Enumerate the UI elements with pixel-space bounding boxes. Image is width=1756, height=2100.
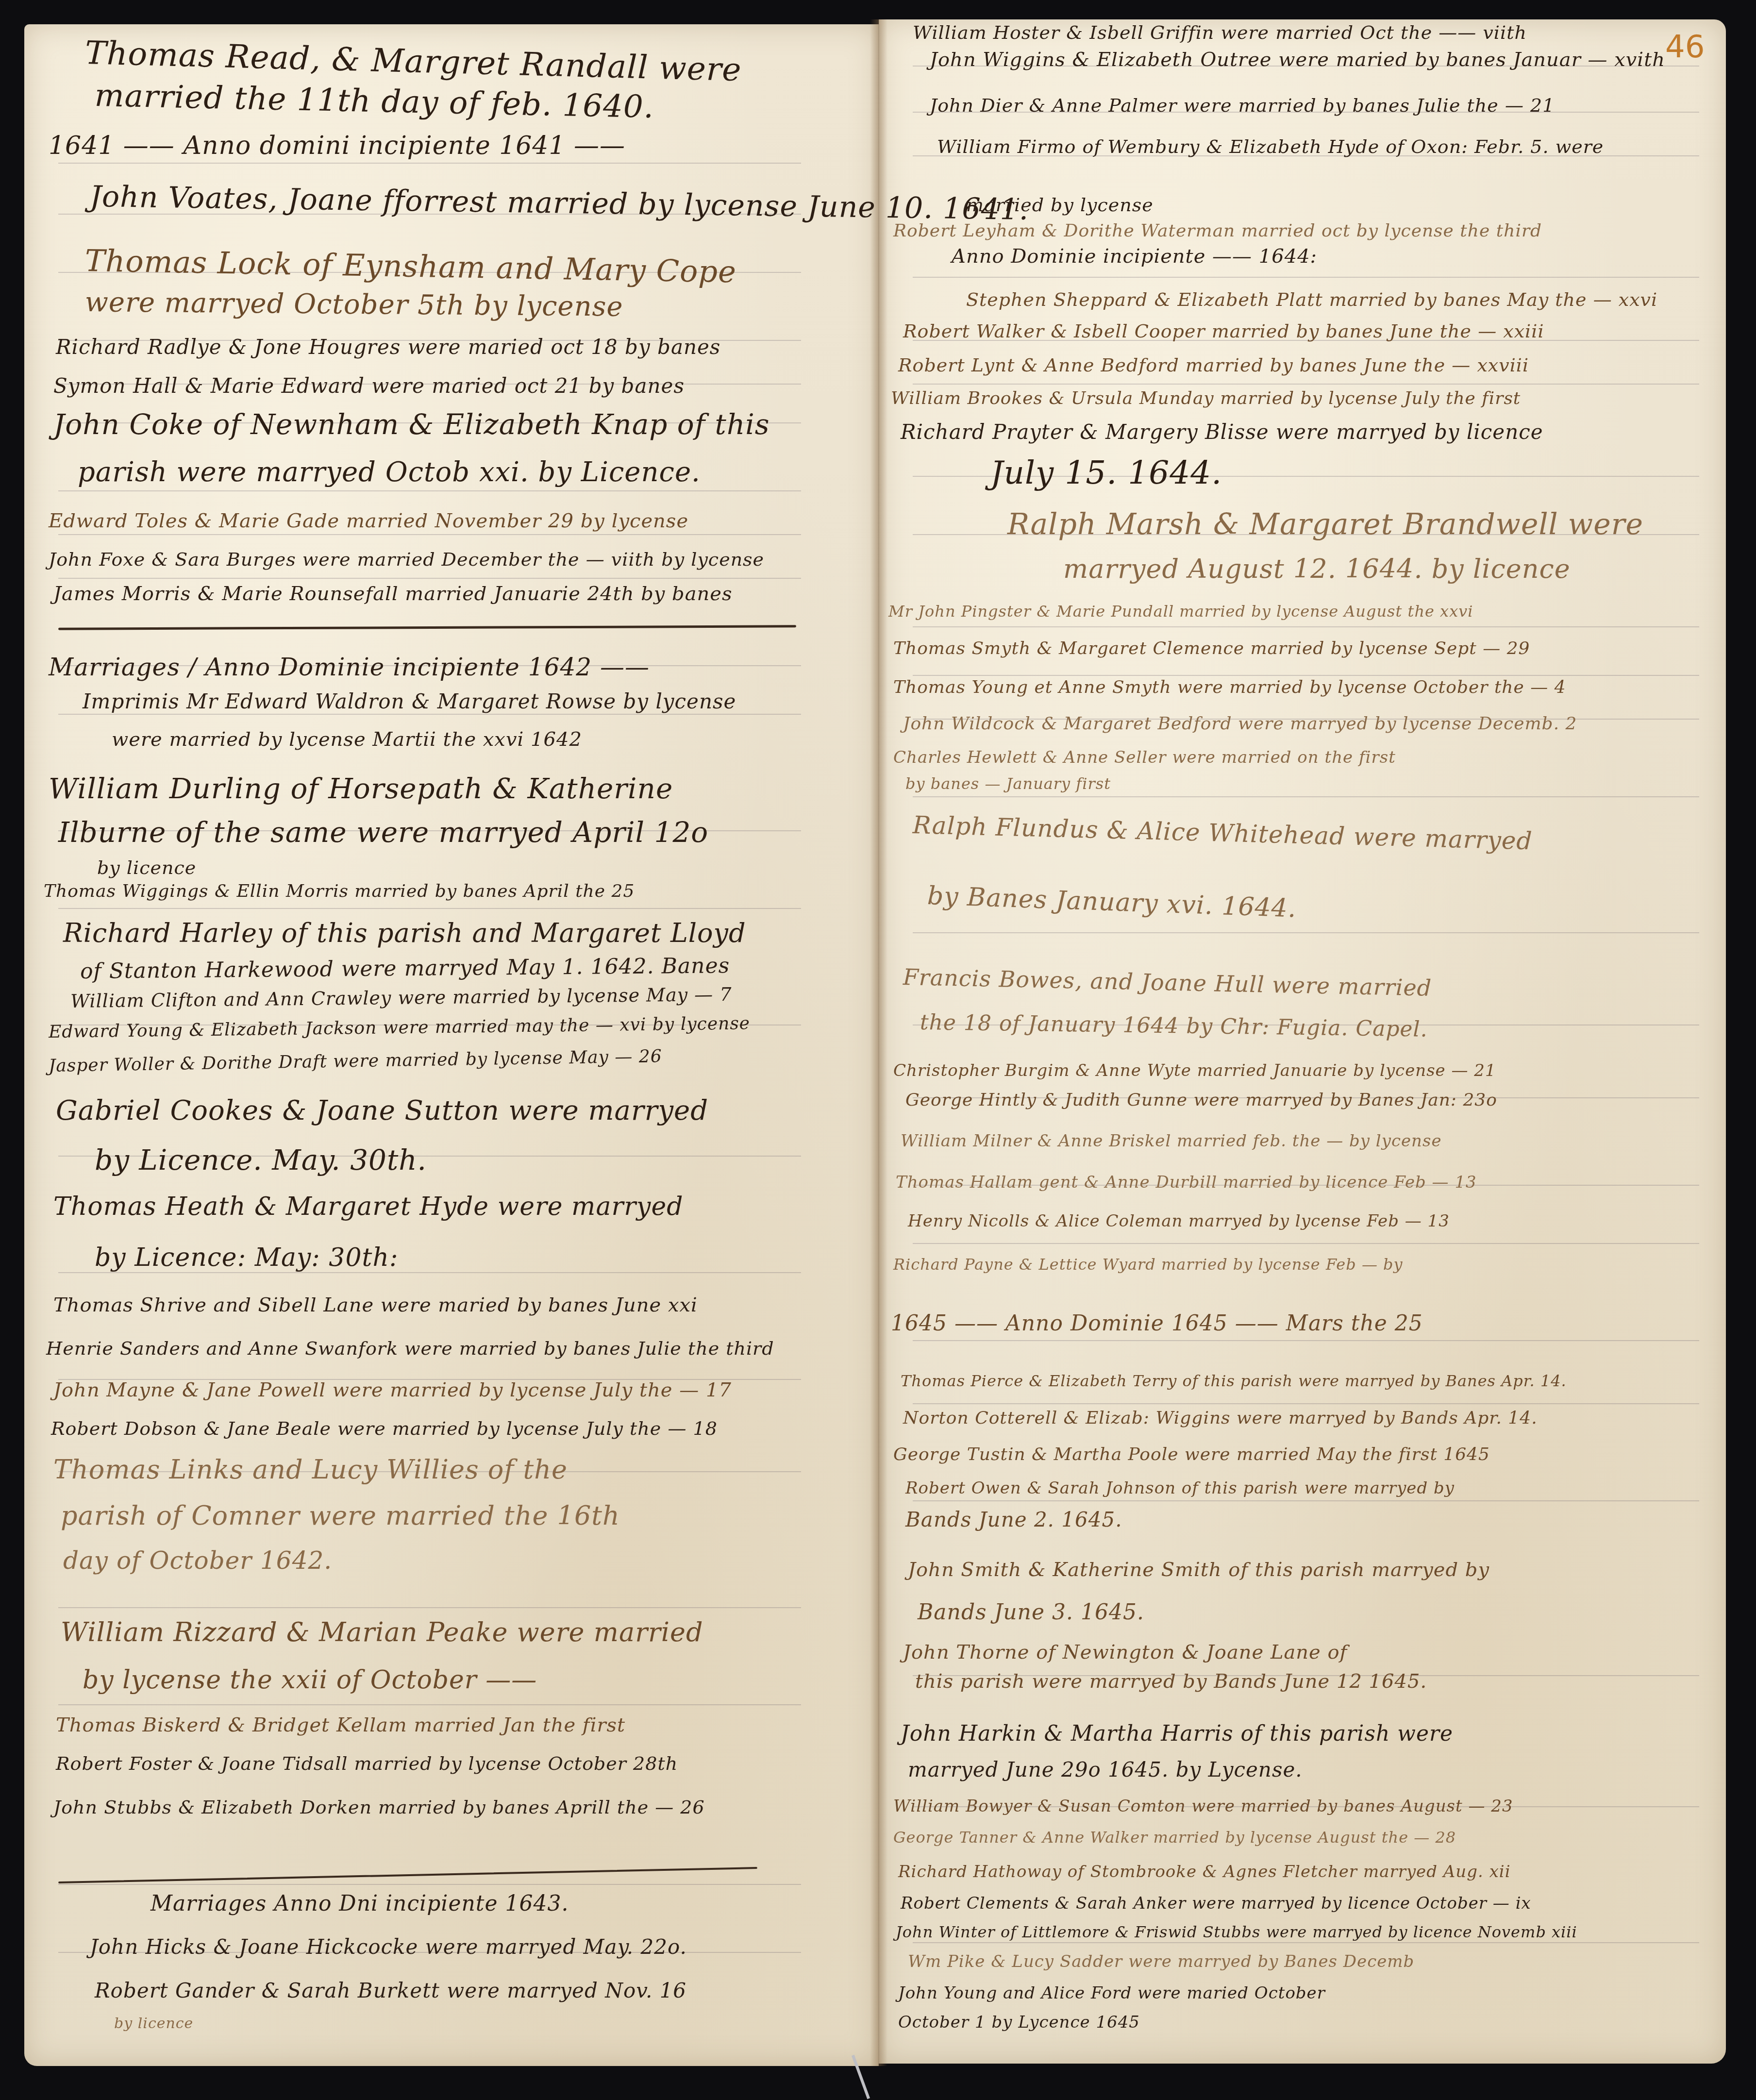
register-line: Thomas Hallam gent & Anne Durbill marrie…	[896, 1173, 1477, 1192]
register-line: day of October 1642.	[63, 1546, 332, 1575]
register-line: Richard Payne & Lettice Wyard married by…	[893, 1255, 1403, 1274]
register-line: Gabriel Cookes & Joane Sutton were marry…	[56, 1095, 708, 1126]
register-line: John Winter of Littlemore & Friswid Stub…	[896, 1923, 1577, 1941]
register-line: William Durling of Horsepath & Katherine	[49, 772, 673, 805]
register-line: Ilburne of the same were marryed April 1…	[58, 816, 708, 849]
register-line: James Morris & Marie Rounsefall married …	[53, 583, 732, 605]
register-line: marryed June 29o 1645. by Lycense.	[908, 1758, 1303, 1781]
register-line: Mr John Pingster & Marie Pundall married…	[888, 602, 1473, 621]
folio-number: 46	[1665, 29, 1705, 65]
register-line: William Brookes & Ursula Munday married …	[891, 388, 1521, 408]
year-heading: Marriages / Anno Dominie incipiente 1642…	[49, 653, 650, 681]
register-line: by lycense the xxii of October ——	[83, 1665, 537, 1695]
register-line: were married by lycense Martii the xxvi …	[112, 728, 582, 751]
register-line: Richard Radlye & Jone Hougres were marie…	[56, 335, 720, 359]
register-line: Thomas Shrive and Sibell Lane were marie…	[53, 1294, 698, 1316]
register-line: Richard Prayter & Margery Blisse were ma…	[901, 420, 1543, 444]
register-line: Robert Owen & Sarah Johnson of this pari…	[905, 1478, 1455, 1498]
register-line: Richard Hathoway of Stombrooke & Agnes F…	[898, 1862, 1511, 1882]
register-line: William Rizzard & Marian Peake were marr…	[61, 1617, 703, 1647]
register-line: Symon Hall & Marie Edward were maried oc…	[53, 374, 685, 398]
register-line: William Firmo of Wembury & Elizabeth Hyd…	[937, 136, 1604, 157]
register-line: parish were marryed Octob xxi. by Licenc…	[78, 456, 701, 488]
register-line: October 1 by Lycence 1645	[898, 2013, 1140, 2032]
register-line: Richard Harley of this parish and Margar…	[63, 918, 746, 948]
register-line: by Licence. May. 30th.	[95, 1143, 427, 1176]
register-line: by licence	[97, 857, 196, 878]
register-line: Thomas Pierce & Elizabeth Terry of this …	[901, 1372, 1567, 1390]
register-line: parish of Comner were married the 16th	[61, 1500, 620, 1531]
register-line: John Harkin & Martha Harris of this pari…	[901, 1721, 1453, 1746]
register-line: John Young and Alice Ford were maried Oc…	[898, 1983, 1325, 2003]
register-line: Robert Gander & Sarah Burkett were marry…	[95, 1979, 686, 2002]
register-line: Christopher Burgim & Anne Wyte married J…	[893, 1061, 1496, 1080]
register-line: George Hintly & Judith Gunne were marrye…	[905, 1090, 1497, 1110]
register-line: John Wiggins & Elizabeth Outree were mar…	[930, 49, 1665, 71]
register-line: Ralph Marsh & Margaret Brandwell were	[1007, 507, 1643, 541]
register-line: George Tanner & Anne Walker married by l…	[893, 1828, 1456, 1847]
register-line: Thomas Wiggings & Ellin Morris married b…	[44, 881, 635, 901]
register-line: John Thorne of Newington & Joane Lane of	[903, 1641, 1347, 1663]
register-line: Imprimis Mr Edward Waldron & Margaret Ro…	[83, 689, 736, 713]
register-line: marryed August 12. 1644. by licence	[1063, 554, 1571, 584]
right-page-rulings	[913, 0, 1699, 2100]
register-line: Robert Clements & Sarah Anker were marry…	[901, 1894, 1531, 1913]
register-line: Thomas Links and Lucy Willies of the	[53, 1454, 568, 1485]
register-line: married by lycense	[966, 194, 1154, 216]
register-line: this parish were marryed by Bands June 1…	[915, 1670, 1427, 1693]
register-line: John Smith & Katherine Smith of this par…	[908, 1559, 1489, 1581]
register-line: Robert Leyham & Dorithe Waterman married…	[893, 221, 1542, 241]
register-line: by licence	[114, 2015, 193, 2032]
year-heading: 1641 —— Anno domini incipiente 1641 ——	[49, 131, 625, 160]
register-line: Stephen Sheppard & Elizabeth Platt marri…	[966, 289, 1657, 310]
year-heading: Anno Dominie incipiente —— 1644:	[952, 245, 1317, 268]
register-line: Thomas Heath & Margaret Hyde were marrye…	[53, 1192, 684, 1221]
register-line: Bands June 2. 1645.	[905, 1508, 1122, 1531]
register-line: Henrie Sanders and Anne Swanfork were ma…	[46, 1338, 774, 1359]
register-line: William Milner & Anne Briskel married fe…	[901, 1131, 1442, 1151]
year-heading: Marriages Anno Dni incipiente 1643.	[151, 1891, 569, 1916]
register-line: John Hicks & Joane Hickcocke were marrye…	[90, 1935, 687, 1959]
register-line: Charles Hewlett & Anne Seller were marri…	[893, 748, 1396, 767]
register-line: Thomas Smyth & Margaret Clemence married…	[893, 638, 1530, 658]
register-line: Robert Walker & Isbell Cooper married by…	[903, 320, 1544, 342]
register-line: by banes — January first	[905, 774, 1111, 793]
book-gutter	[870, 19, 887, 2066]
register-line: Robert Lynt & Anne Bedford married by ba…	[898, 354, 1529, 376]
register-line: William Hoster & Isbell Griffin were mar…	[913, 22, 1527, 43]
register-line: John Coke of Newnham & Elizabeth Knap of…	[53, 408, 770, 441]
register-line: Thomas Young et Anne Smyth were married …	[893, 677, 1566, 697]
register-line: Thomas Biskerd & Bridget Kellam married …	[56, 1714, 625, 1736]
register-line: William Bowyer & Susan Comton were marri…	[893, 1797, 1513, 1816]
register-line: John Foxe & Sara Burges were married Dec…	[49, 549, 764, 570]
register-line: Bands June 3. 1645.	[918, 1600, 1144, 1625]
register-line: by Licence: May: 30th:	[95, 1243, 398, 1272]
register-line: Henry Nicolls & Alice Coleman marryed by…	[908, 1211, 1450, 1231]
register-line: were marryed October 5th by lycense	[85, 286, 623, 323]
register-line: John Dier & Anne Palmer were married by …	[930, 95, 1555, 116]
register-line: George Tustin & Martha Poole were marrie…	[893, 1445, 1490, 1464]
register-line: John Mayne & Jane Powell were married by…	[53, 1379, 732, 1401]
register-line: Edward Toles & Marie Gade married Novemb…	[49, 510, 688, 532]
register-line: Wm Pike & Lucy Sadder were marryed by Ba…	[908, 1952, 1414, 1971]
register-line: Robert Dobson & Jane Beale were married …	[51, 1418, 718, 1439]
year-heading: 1645 —— Anno Dominie 1645 —— Mars the 25	[891, 1311, 1423, 1336]
register-line: Robert Foster & Joane Tidsall married by…	[56, 1753, 678, 1774]
register-line: July 15. 1644.	[990, 454, 1222, 491]
register-line: John Stubbs & Elizabeth Dorken married b…	[53, 1797, 705, 1818]
register-line: Norton Cotterell & Elizab: Wiggins were …	[903, 1408, 1538, 1428]
register-line: John Wildcock & Margaret Bedford were ma…	[903, 714, 1577, 734]
